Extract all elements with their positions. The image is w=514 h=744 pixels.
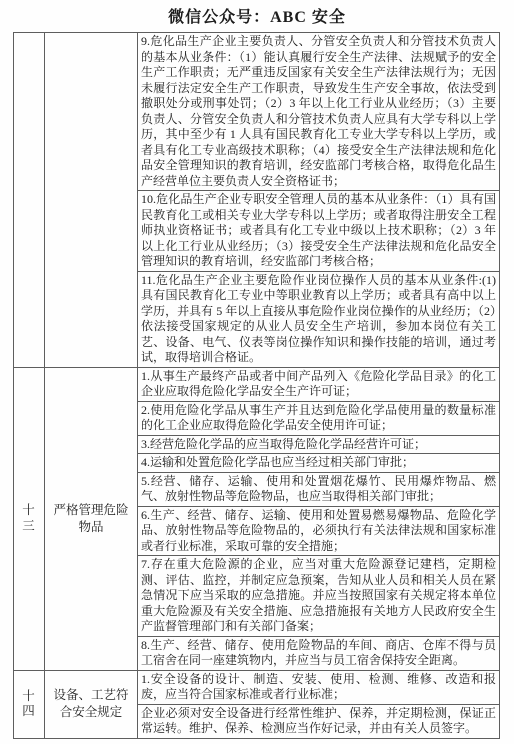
item-text-cell: 1.从事生产最终产品或者中间产品列入《危险化学品目录》的化工企业应取得危险化学品… <box>138 367 500 401</box>
item-text-cell: 5.经营、储存、运输、使用和处置烟花爆竹、民用爆炸物品、燃气、放射性物品等危险物… <box>138 472 500 506</box>
item-text-cell: 4.运输和处置危险化学品也应当经过相关部门审批； <box>138 454 500 473</box>
table-row: 9.危化品生产企业主要负责人、分管安全负责人和分管技术负责人的基本从业条件：（1… <box>14 33 500 191</box>
item-text-cell: 11.危化品生产企业主要危险作业岗位操作人员的基本从业条件:(1)具有国民教育化… <box>138 271 500 367</box>
section-number-cell <box>14 33 45 368</box>
section-category-cell: 设备、工艺符合安全规定 <box>45 670 138 738</box>
document-page: 微信公众号：ABC 安全 9.危化品生产企业主要负责人、分管安全负责人和分管技术… <box>0 0 514 744</box>
item-text-cell: 8.生产、经营、储存、使用危险物品的车间、商店、仓库不得与员工宿舍在同一座建筑物… <box>138 636 500 670</box>
item-text-cell: 企业必须对安全设备进行经常性维护、保养，并定期检测，保证正常运转。维护、保养、检… <box>138 704 500 738</box>
section-number-cell: 十三 <box>14 367 45 670</box>
item-text-cell: 1.安全设备的设计、制造、安装、使用、检测、维修、改造和报废，应当符合国家标准或… <box>138 670 500 704</box>
table-row: 十三 严格管理危险物品 1.从事生产最终产品或者中间产品列入《危险化学品目录》的… <box>14 367 500 401</box>
item-text-cell: 2.使用危险化学品从事生产并且达到危险化学品使用量的数量标准的化工企业应取得危险… <box>138 401 500 435</box>
item-text-cell: 7.存在重大危险源的企业，应当对重大危险源登记建档，定期检测、评估、监控，并制定… <box>138 556 500 637</box>
table-row: 十四 设备、工艺符合安全规定 1.安全设备的设计、制造、安装、使用、检测、维修、… <box>14 670 500 704</box>
section-number-cell: 十四 <box>14 670 45 738</box>
page-title: 微信公众号：ABC 安全 <box>0 0 514 32</box>
section-category-cell <box>45 33 138 368</box>
section-category-cell: 严格管理危险物品 <box>45 367 138 670</box>
item-text-cell: 10.危化品生产企业专职安全管理人员的基本从业条件：（1）具有国民教育化工或相关… <box>138 191 500 272</box>
item-text-cell: 9.危化品生产企业主要负责人、分管安全负责人和分管技术负责人的基本从业条件：（1… <box>138 33 500 191</box>
item-text-cell: 6.生产、经营、储存、运输、使用和处置易燃易爆物品、危险化学品、放射性物品等危险… <box>138 506 500 556</box>
safety-checklist-table: 9.危化品生产企业主要负责人、分管安全负责人和分管技术负责人的基本从业条件：（1… <box>13 32 500 739</box>
item-text-cell: 3.经营危险化学品的应当取得危险化学品经营许可证； <box>138 435 500 454</box>
